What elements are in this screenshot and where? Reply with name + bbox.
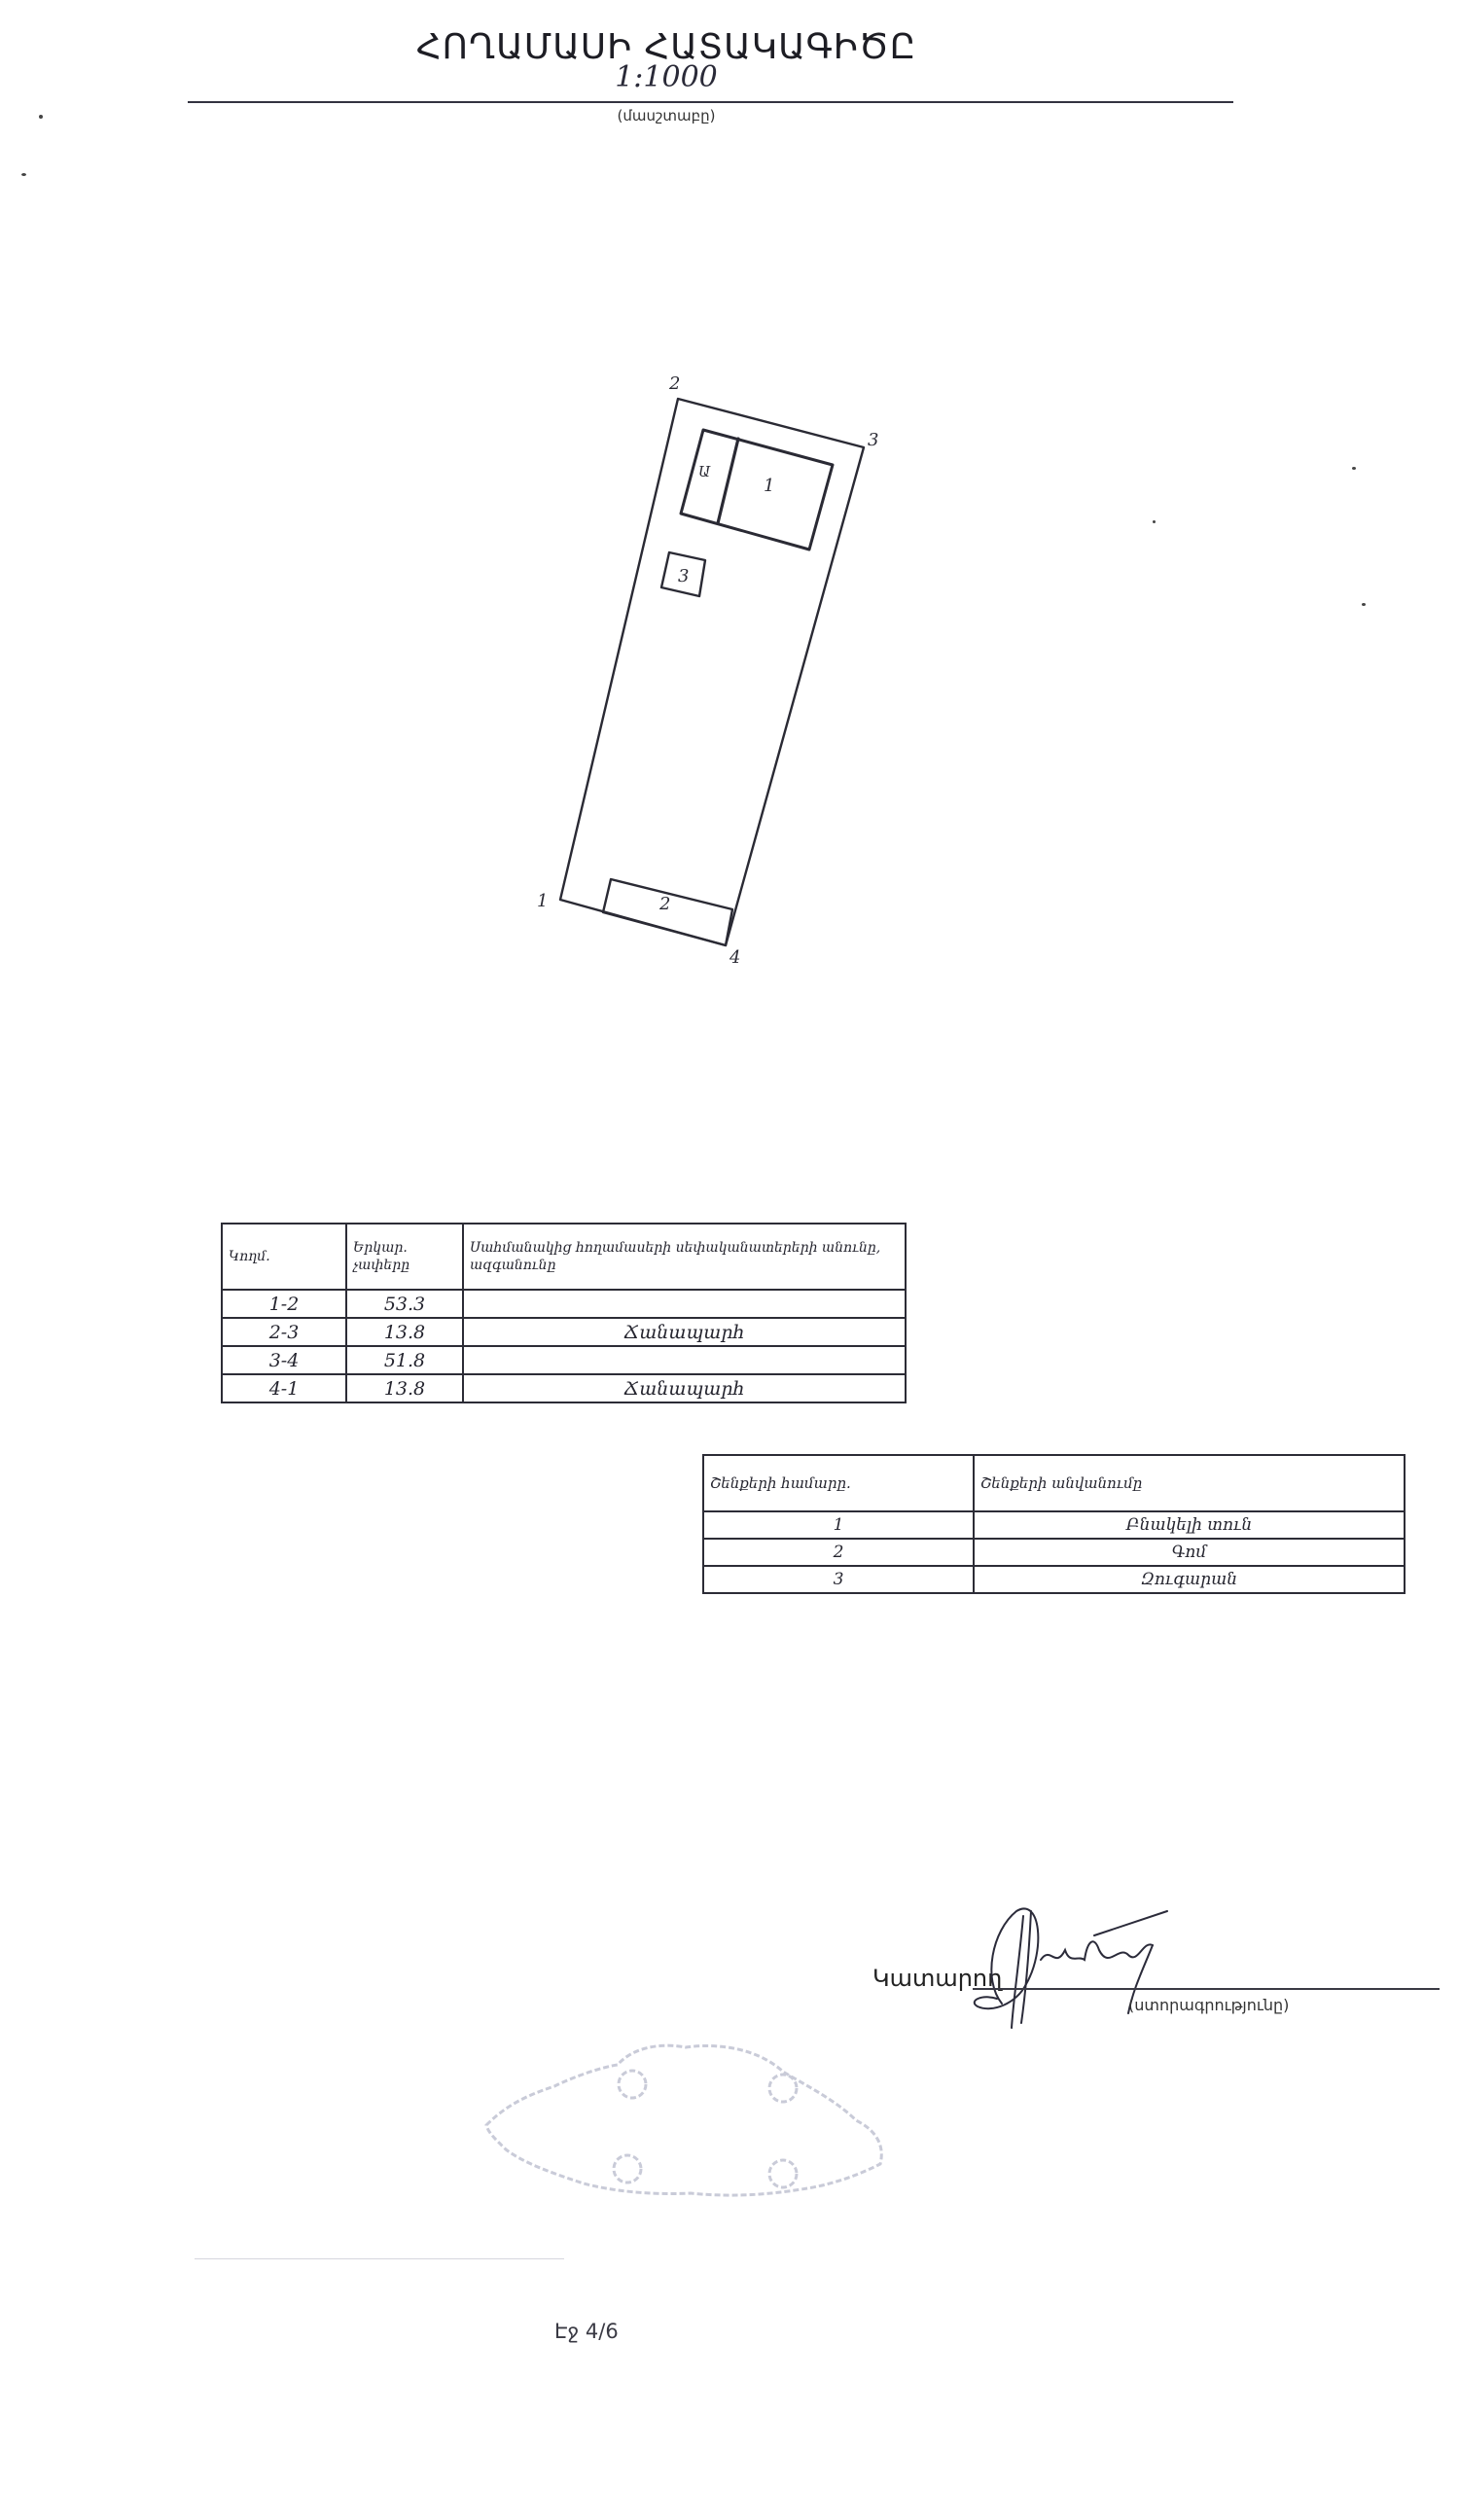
cell-neighbor	[463, 1290, 906, 1318]
cell-side: 3-4	[222, 1346, 346, 1374]
header-length: Երկար. չափերը	[346, 1224, 463, 1290]
table-row: 2 Գոմ	[703, 1539, 1405, 1566]
header-side: Կողմ.	[222, 1224, 346, 1290]
table-row: 1 Բնակելի տուն	[703, 1511, 1405, 1539]
header-neighbors: Սահմանակից հողամասերի սեփականատերերի անո…	[463, 1224, 906, 1290]
cell-side: 4-1	[222, 1374, 346, 1402]
plot-plan-drawing: 2 3 1 4 1 2 3 Ա	[0, 0, 1459, 1070]
building-1-divider	[718, 439, 738, 523]
cell-building-name: Գոմ	[974, 1539, 1405, 1566]
building-label-3: 3	[678, 566, 689, 586]
cell-length: 51.8	[346, 1346, 463, 1374]
annex-label: Ա	[698, 463, 711, 480]
buildings-table-header: Շենքերի համարը. Շենքերի անվանումը	[703, 1455, 1405, 1511]
cell-length: 53.3	[346, 1290, 463, 1318]
building-label-1: 1	[764, 476, 774, 496]
corner-label-4: 4	[729, 947, 740, 968]
cell-building-number: 2	[703, 1539, 974, 1566]
cell-neighbor: Ճանապարհ	[463, 1374, 906, 1402]
header-building-name: Շենքերի անվանումը	[974, 1455, 1405, 1511]
page-number: Էջ 4/6	[554, 2320, 619, 2343]
cell-building-number: 1	[703, 1511, 974, 1539]
table-row: 1-2 53.3	[222, 1290, 906, 1318]
corner-label-2: 2	[668, 373, 680, 394]
corner-label-1: 1	[537, 891, 548, 911]
cell-side: 2-3	[222, 1318, 346, 1346]
cell-length: 13.8	[346, 1318, 463, 1346]
header-building-number: Շենքերի համարը.	[703, 1455, 974, 1511]
cell-building-name: Զուգարան	[974, 1566, 1405, 1593]
table-row: 3 Զուգարան	[703, 1566, 1405, 1593]
stamp-outline	[467, 2028, 905, 2198]
table-row: 2-3 13.8 Ճանապարհ	[222, 1318, 906, 1346]
cell-neighbor	[463, 1346, 906, 1374]
buildings-table: Շենքերի համարը. Շենքերի անվանումը 1 Բնակ…	[702, 1454, 1406, 1594]
boundaries-table-header: Կողմ. Երկար. չափերը Սահմանակից հողամասեր…	[222, 1224, 906, 1290]
cell-building-number: 3	[703, 1566, 974, 1593]
signature-line	[973, 1988, 1440, 1990]
cell-length: 13.8	[346, 1374, 463, 1402]
table-row: 3-4 51.8	[222, 1346, 906, 1374]
handwritten-signature	[973, 1892, 1264, 2038]
corner-label-3: 3	[868, 430, 878, 450]
building-label-2: 2	[658, 894, 670, 914]
boundaries-table: Կողմ. Երկար. չափերը Սահմանակից հողամասեր…	[221, 1223, 907, 1403]
table-row: 4-1 13.8 Ճանապարհ	[222, 1374, 906, 1402]
plot-boundary	[560, 399, 864, 945]
cell-side: 1-2	[222, 1290, 346, 1318]
signature-caption: (ստորագրությունը)	[1128, 1996, 1289, 2014]
cell-neighbor: Ճանապարհ	[463, 1318, 906, 1346]
faint-rule	[195, 2258, 564, 2259]
cell-building-name: Բնակելի տուն	[974, 1511, 1405, 1539]
building-1-outline	[681, 430, 833, 550]
